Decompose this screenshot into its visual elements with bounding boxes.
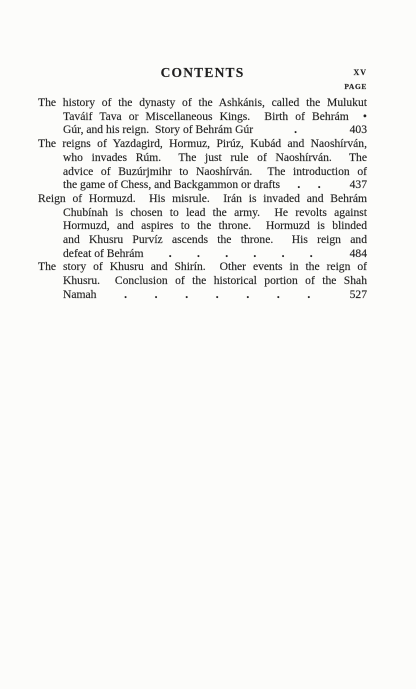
page-title: CONTENTS	[161, 65, 245, 80]
leader-dot: .	[297, 178, 300, 192]
leader-dot: .	[318, 178, 321, 192]
leader-dots: ......	[143, 247, 346, 261]
toc-entry: Reign of Hormuzd. His misrule. Irán is i…	[38, 192, 367, 261]
toc-line-text: Namah	[63, 288, 96, 302]
page-content: CONTENTS xv PAGE The history of the dyna…	[38, 64, 367, 302]
leader-dot: .	[124, 288, 127, 302]
leader-dot: .	[216, 288, 219, 302]
page-number: 437	[346, 178, 367, 192]
leader-dot: .	[307, 288, 310, 302]
toc-line: and Khusru Purvíz ascends the throne. Hi…	[38, 233, 367, 247]
leader-dot: .	[282, 247, 285, 261]
table-of-contents: The history of the dynasty of the Ashkán…	[38, 96, 367, 302]
toc-entry-last-line: Namah ....... 527	[38, 288, 367, 302]
book-page: CONTENTS xv PAGE The history of the dyna…	[0, 0, 416, 689]
leader-dot: .	[197, 247, 200, 261]
toc-line: Taváif Tava or Miscellaneous Kings. Birt…	[38, 110, 367, 124]
toc-entry-last-line: defeat of Behrám ...... 484	[38, 247, 367, 261]
toc-entry: The story of Khusru and Shirín. Other ev…	[38, 260, 367, 301]
leader-dot: .	[310, 247, 313, 261]
leader-dot: .	[169, 247, 172, 261]
toc-line: Reign of Hormuzd. His misrule. Irán is i…	[38, 192, 367, 206]
page-number: 403	[346, 123, 367, 137]
leader-dot: .	[277, 288, 280, 302]
toc-line-text: the game of Chess, and Backgammon or dra…	[63, 178, 280, 192]
leader-dot: .	[185, 288, 188, 302]
toc-line-text: Gúr, and his reign. Story of Behrám Gúr	[63, 123, 253, 137]
toc-line: The history of the dynasty of the Ashkán…	[38, 96, 367, 110]
leader-dot: .	[246, 288, 249, 302]
leader-dot: .	[294, 123, 297, 137]
toc-line-text: defeat of Behrám	[63, 247, 143, 261]
toc-line: The reigns of Yazdagird, Hormuz, Pirúz, …	[38, 137, 367, 151]
toc-line: Khusru. Conclusion of the historical por…	[38, 274, 367, 288]
toc-line: who invades Rúm. The just rule of Naoshí…	[38, 151, 367, 165]
toc-entry: The history of the dynasty of the Ashkán…	[38, 96, 367, 137]
leader-dots: ..	[280, 178, 346, 192]
leader-dots: .	[253, 123, 346, 137]
page-number: 527	[346, 288, 367, 302]
toc-line: The story of Khusru and Shirín. Other ev…	[38, 260, 367, 274]
toc-line: Chubínah is chosen to lead the army. He …	[38, 206, 367, 220]
leader-dots: .......	[96, 288, 346, 302]
leader-dot: .	[155, 288, 158, 302]
toc-line: Hormuzd, and aspires to the throne. Horm…	[38, 219, 367, 233]
page-number: 484	[346, 247, 367, 261]
leader-dot: .	[253, 247, 256, 261]
toc-entry-last-line: the game of Chess, and Backgammon or dra…	[38, 178, 367, 192]
toc-line: advice of Buzúrjmihr to Naoshírván. The …	[38, 165, 367, 179]
leader-dot: .	[225, 247, 228, 261]
toc-entry: The reigns of Yazdagird, Hormuz, Pirúz, …	[38, 137, 367, 192]
toc-entry-last-line: Gúr, and his reign. Story of Behrám Gúr …	[38, 123, 367, 137]
page-header: CONTENTS xv	[38, 64, 367, 79]
folio-number: xv	[353, 66, 367, 78]
page-column-label: PAGE	[38, 83, 367, 91]
